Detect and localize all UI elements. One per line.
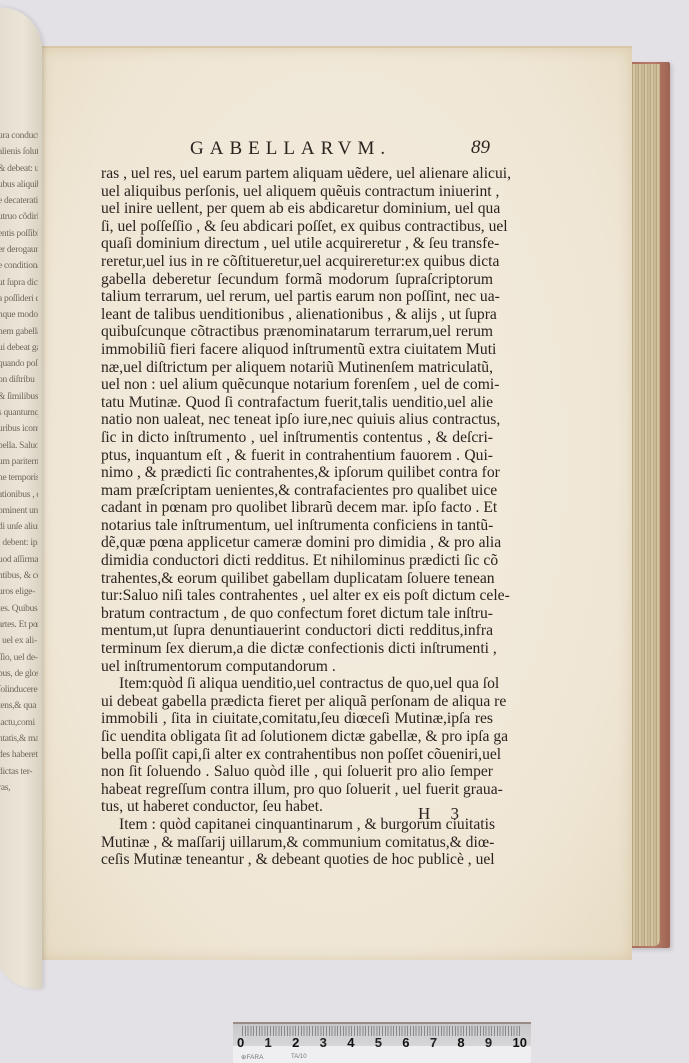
text-line: ui debeat gabella prædicta fieret per al… <box>101 693 493 711</box>
left-page-line: um pariternos <box>0 454 38 470</box>
left-page-line: ntibus, & cõ <box>0 568 38 584</box>
text-line: quaſi dominium directum , uel utile acqu… <box>101 235 493 253</box>
text-line: habeat regreſſum contra illum, pro quo ſ… <box>101 781 493 799</box>
left-page-line: entis poſſibil <box>0 226 38 242</box>
text-line: dẽ,quæ pœna applicetur cameræ domini pro… <box>101 534 493 552</box>
text-line: notarius tale inſtrumentum, uel inſtrume… <box>101 517 493 535</box>
text-line: talium terrarum, uel rerum, uel partis e… <box>101 288 493 306</box>
text-line: dimidia conductori dicti redditus. Et ni… <box>101 552 493 570</box>
left-page-line: utruo cõdiri <box>0 209 38 225</box>
left-page-line: e decateratis <box>0 193 38 209</box>
left-page-line: ntatis,& ma <box>0 731 38 747</box>
ruler-number: 8 <box>457 1035 464 1050</box>
left-page-line: ura conducto <box>0 128 38 144</box>
text-line: uel inire uellent, per quem ab eis abdic… <box>101 200 493 218</box>
left-page-line: ationibus , quod <box>0 487 38 503</box>
left-page-line: ui debeat gab <box>0 340 38 356</box>
page-header: GABELLARVM. 89 <box>100 138 510 164</box>
ruler-bar: 012345678910 <box>233 1022 531 1046</box>
text-line: ceſis Mutinæ teneantur , & debeant quoti… <box>101 851 493 869</box>
ruler-number: 0 <box>237 1035 244 1050</box>
ruler-number: 6 <box>402 1035 409 1050</box>
left-page-line: nque modo ip <box>0 307 38 323</box>
left-page-text-fragment: ura conductoalienis ſolutio& debeat: uiſ… <box>0 128 38 796</box>
left-page-line: uros elige- <box>0 584 38 600</box>
text-line: uel inſtrumentorum computandorum . <box>101 658 493 676</box>
text-line: gabella deberetur ſecundum formã modorum… <box>101 271 493 289</box>
text-line: ſi, uel poſſeſſio , & ſeu abdicari poſſe… <box>101 218 493 236</box>
text-line: bratum contractum , de quo confectum for… <box>101 605 493 623</box>
left-page-line: ubus aliquibus <box>0 177 38 193</box>
left-page: ura conductoalienis ſolutio& debeat: uiſ… <box>0 7 42 989</box>
left-page-line: tes. Quibus <box>0 601 38 617</box>
left-page-line: a poſſideri quo <box>0 291 38 307</box>
text-line: natio non ualeat, nec teneat ipſo iure,n… <box>101 411 493 429</box>
text-line: uel aliquibus perſonis, uel aliquem quẽu… <box>101 183 493 201</box>
left-page-line: nem gabellæ <box>0 324 38 340</box>
left-page-line: tens,& qua <box>0 698 38 714</box>
ruler-number: 5 <box>375 1035 382 1050</box>
ruler-number: 1 <box>265 1035 272 1050</box>
ruler-number: 3 <box>320 1035 327 1050</box>
left-page-line: ne temporis pa <box>0 470 38 486</box>
text-line: quibuſcunque cõtractibus prænominatarum … <box>101 323 493 341</box>
text-line: leant de talibus uenditionibus , alienat… <box>101 306 493 324</box>
ruler-model-label: TA/10 <box>291 1054 307 1060</box>
left-page-line: di unſe alium <box>0 519 38 535</box>
left-page-line: dictas ter- <box>0 764 38 780</box>
text-line: immobili , ſita in ciuitate,comitatu,ſeu… <box>101 710 493 728</box>
text-line: ſic uendita obligata ſit ad ſolutionem d… <box>101 728 493 746</box>
ruler-number: 2 <box>292 1035 299 1050</box>
text-line: mentum,ut ſupra denuntiauerint conductor… <box>101 622 493 640</box>
running-title: GABELLARVM. <box>190 138 391 160</box>
text-line: tur:Saluo niſi tales contrahentes , uel … <box>101 587 493 605</box>
text-line: bella poſſit capi,ſi alter ex contrahent… <box>101 746 493 764</box>
text-line: Item:quòd ſi aliqua uenditio,uel contrac… <box>101 675 493 693</box>
left-page-line: & debeat: uiſi <box>0 161 38 177</box>
text-line: non ſit ſoluendo . Saluo quòd ille , qui… <box>101 763 493 781</box>
left-page-line: ras, <box>0 780 38 796</box>
left-page-line: bella. Saluo niſi <box>0 438 38 454</box>
text-line: ptus, inquantum eſt , & fuerit in contra… <box>101 447 493 465</box>
ruler-number: 4 <box>347 1035 354 1050</box>
left-page-line: bus, de glose <box>0 666 38 682</box>
left-page-line: & ſimilibus: cui <box>0 389 38 405</box>
text-line: cadant in pœnam pro quolibet librarũ dec… <box>101 499 493 517</box>
text-line: uel non : uel alium quẽcunque notarium f… <box>101 376 493 394</box>
ruler-brand-label: ⊕FARA <box>241 1053 263 1061</box>
ruler-number: 7 <box>430 1035 437 1050</box>
text-line: Mutinæ , & maſſarij uillarum,& communium… <box>101 834 493 852</box>
ruler-number: 9 <box>485 1035 492 1050</box>
left-page-line: uod aſſirma- <box>0 552 38 568</box>
text-line: trahentes,& eorum quilibet gabellam dupl… <box>101 570 493 588</box>
left-page-line: iactu,comi <box>0 715 38 731</box>
left-page-line: ut ſupra dicta <box>0 275 38 291</box>
text-line: mam præſcriptam uenientes,& contrafacien… <box>101 482 493 500</box>
page-number: 89 <box>471 137 490 159</box>
left-page-line: ominent uniſ <box>0 503 38 519</box>
signature-mark: H 3 <box>418 804 467 824</box>
left-page-line: e conditional <box>0 258 38 274</box>
text-line: terminum ſex dierum,a die dictæ confecti… <box>101 640 493 658</box>
ruler-numbers: 012345678910 <box>237 1035 527 1050</box>
left-page-line: i debent: ipſa <box>0 535 38 551</box>
left-page-line: er derogaum <box>0 242 38 258</box>
text-line: ſic in dicto inſtrumento , uel inſtrumen… <box>101 429 493 447</box>
left-page-line: alienis ſolutio <box>0 144 38 160</box>
text-line: nimo , & prædicti ſic contrahentes,& ipſ… <box>101 464 493 482</box>
left-page-line: quando poſſit <box>0 356 38 372</box>
text-line: tatu Mutinæ. Quod ſi contrafactum fuerit… <box>101 394 493 412</box>
left-page-line: des haberet, <box>0 747 38 763</box>
text-line: ras , uel res, uel earum partem aliquam … <box>101 165 493 183</box>
left-page-line: ſolinducere. <box>0 682 38 698</box>
left-page-line: ſſio, uel de- <box>0 650 38 666</box>
scale-ruler: 012345678910 ⊕FARA TA/10 <box>233 1022 531 1063</box>
text-line: reretur,uel ius in re cõſtitueretur,uel … <box>101 253 493 271</box>
left-page-line: , uel ex ali- <box>0 633 38 649</box>
body-text: ras , uel res, uel earum partem aliquam … <box>101 165 493 869</box>
left-page-line: on diſtribu <box>0 372 38 388</box>
text-line: næ,uel diſtrictum per aliquem notariũ Mu… <box>101 359 493 377</box>
left-page-line: artes. Et pœ <box>0 617 38 633</box>
ruler-number: 10 <box>512 1035 526 1050</box>
left-page-line: s quantumque <box>0 405 38 421</box>
left-page-line: uribus iconum <box>0 421 38 437</box>
text-line: immobiliũ fieri facere aliquod inſtrumen… <box>101 341 493 359</box>
